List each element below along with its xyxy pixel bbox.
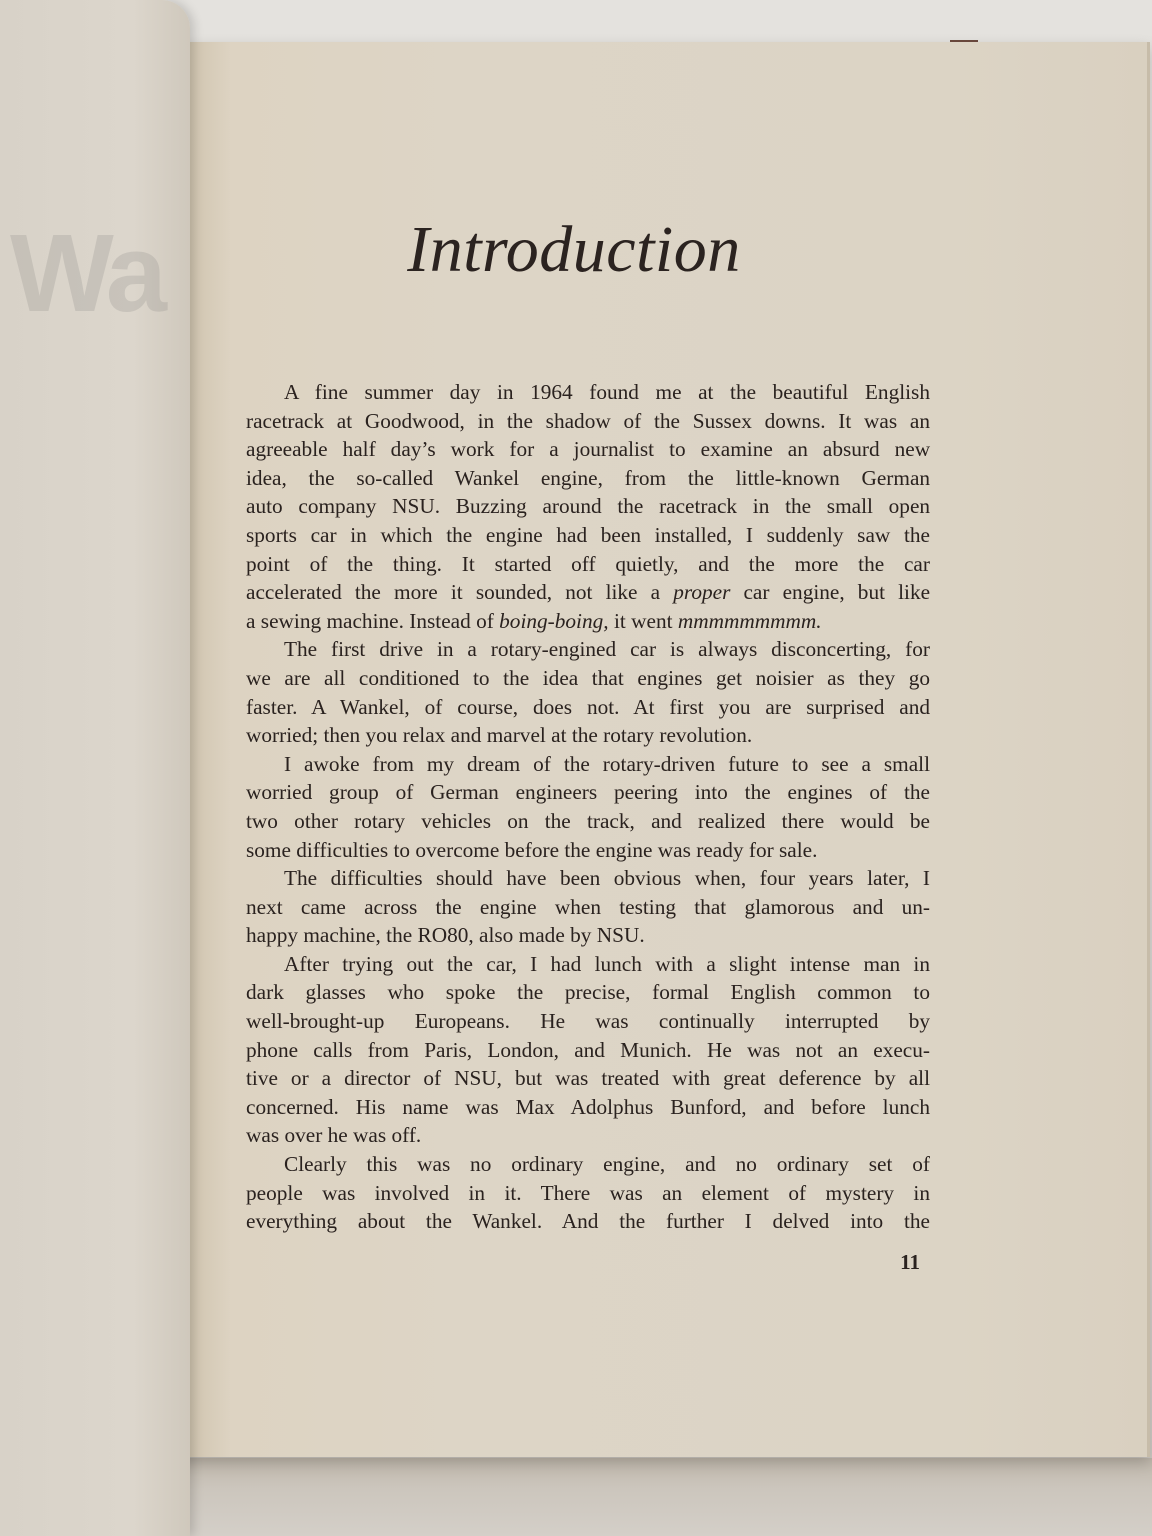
paragraph: Clearly this was no ordinary engine, and… bbox=[246, 1150, 930, 1236]
text-line: racetrack at Goodwood, in the shadow of … bbox=[246, 407, 930, 436]
text-line: worried group of German engineers peerin… bbox=[246, 778, 930, 807]
text-line: two other rotary vehicles on the track, … bbox=[246, 807, 930, 836]
text-line: concerned. His name was Max Adolphus Bun… bbox=[246, 1093, 930, 1122]
text-line: idea, the so-called Wankel engine, from … bbox=[246, 464, 930, 493]
text-line: we are all conditioned to the idea that … bbox=[246, 664, 930, 693]
paragraph: The difficulties should have been obviou… bbox=[246, 864, 930, 950]
paragraph: After trying out the car, I had lunch wi… bbox=[246, 950, 930, 1150]
text-line: The first drive in a rotary-engined car … bbox=[246, 635, 930, 664]
page-shadow-strip bbox=[185, 1458, 1152, 1536]
text-line: a sewing machine. Instead of boing-boing… bbox=[246, 607, 930, 636]
chapter-title: Introduction bbox=[0, 212, 1146, 288]
text-line: sports car in which the engine had been … bbox=[246, 521, 930, 550]
text-line: The difficulties should have been obviou… bbox=[246, 864, 930, 893]
text-line: faster. A Wankel, of course, does not. A… bbox=[246, 693, 930, 722]
page-edge bbox=[1147, 42, 1150, 1457]
text-line: auto company NSU. Buzzing around the rac… bbox=[246, 492, 930, 521]
text-line: Clearly this was no ordinary engine, and… bbox=[246, 1150, 930, 1179]
paragraph: A fine summer day in 1964 found me at th… bbox=[246, 378, 930, 635]
text-line: everything about the Wankel. And the fur… bbox=[246, 1207, 930, 1236]
text-line: happy machine, the RO80, also made by NS… bbox=[246, 921, 930, 950]
text-line: tive or a director of NSU, but was treat… bbox=[246, 1064, 930, 1093]
text-line: some difficulties to overcome before the… bbox=[246, 836, 930, 865]
body-text: A fine summer day in 1964 found me at th… bbox=[246, 378, 930, 1236]
text-line: well-brought-up Europeans. He was contin… bbox=[246, 1007, 930, 1036]
paragraph: The first drive in a rotary-engined car … bbox=[246, 635, 930, 749]
text-line: point of the thing. It started off quiet… bbox=[246, 550, 930, 579]
paragraph: I awoke from my dream of the rotary-driv… bbox=[246, 750, 930, 864]
page-number: 11 bbox=[880, 1250, 920, 1275]
text-line: agreeable half day’s work for a journali… bbox=[246, 435, 930, 464]
text-line: A fine summer day in 1964 found me at th… bbox=[246, 378, 930, 407]
text-line: next came across the engine when testing… bbox=[246, 893, 930, 922]
text-line: was over he was off. bbox=[246, 1121, 930, 1150]
text-line: phone calls from Paris, London, and Muni… bbox=[246, 1036, 930, 1065]
text-line: worried; then you relax and marvel at th… bbox=[246, 721, 930, 750]
text-line: dark glasses who spoke the precise, form… bbox=[246, 978, 930, 1007]
text-line: I awoke from my dream of the rotary-driv… bbox=[246, 750, 930, 779]
text-line: accelerated the more it sounded, not lik… bbox=[246, 578, 930, 607]
text-line: people was involved in it. There was an … bbox=[246, 1179, 930, 1208]
text-line: After trying out the car, I had lunch wi… bbox=[246, 950, 930, 979]
